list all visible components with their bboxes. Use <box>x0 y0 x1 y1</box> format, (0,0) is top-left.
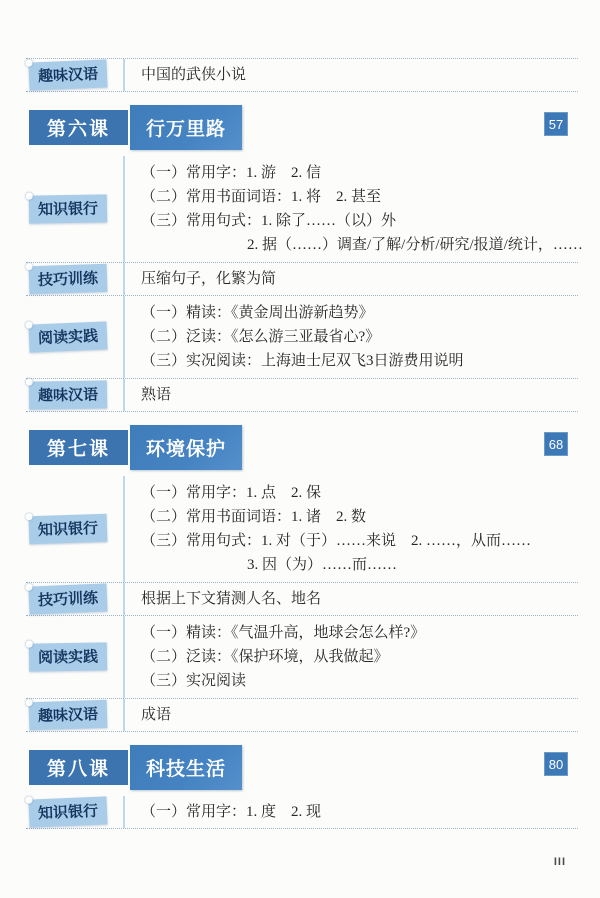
lesson-number-block: 第六课 <box>29 110 128 145</box>
toc-row: 技巧训练压缩句子，化繁为简 <box>26 263 578 296</box>
tag-column: 技巧训练 <box>26 263 123 295</box>
page-content: 趣味汉语中国的武侠小说第六课行万里路57知识银行（一）常用字：1. 游 2. 信… <box>26 58 578 829</box>
entry-column: 熟语 <box>123 379 578 411</box>
toc-entry: （三）实况阅读 <box>141 669 578 693</box>
lesson-number-block: 第八课 <box>29 750 128 785</box>
entry-column: 成语 <box>123 699 578 731</box>
toc-row: 趣味汉语中国的武侠小说 <box>26 58 578 92</box>
entry-column: （一）常用字：1. 游 2. 信（二）常用书面词语：1. 将 2. 甚至（三）常… <box>123 156 583 262</box>
category-tag: 技巧训练 <box>29 264 108 294</box>
toc-entry: 熟语 <box>141 383 578 407</box>
toc-entry: （一）常用字：1. 点 2. 保 <box>141 481 578 505</box>
lesson-title-block: 科技生活 <box>130 745 242 790</box>
toc-entry: （一）常用字：1. 度 2. 现 <box>141 800 578 824</box>
toc-entry: （三）实况阅读：上海迪士尼双飞3日游费用说明 <box>141 349 578 373</box>
tag-column: 趣味汉语 <box>26 699 123 731</box>
toc-row: 知识银行（一）常用字：1. 点 2. 保（二）常用书面词语：1. 诸 2. 数（… <box>26 476 578 583</box>
toc-entry: （一）精读：《黄金周出游新趋势》 <box>141 301 578 325</box>
tag-column: 知识银行 <box>26 476 123 582</box>
tag-column: 知识银行 <box>26 796 123 828</box>
lesson-header: 第七课环境保护68 <box>29 424 578 470</box>
lesson-page-badge: 57 <box>545 113 567 135</box>
tag-column: 趣味汉语 <box>26 59 123 91</box>
lesson-title-block: 环境保护 <box>130 425 242 470</box>
lesson-header: 第八课科技生活80 <box>29 744 578 790</box>
entry-column: （一）精读：《气温升高，地球会怎么样?》（二）泛读：《保护环境，从我做起》（三）… <box>123 616 578 698</box>
category-tag: 阅读实践 <box>28 321 107 352</box>
category-tag: 知识银行 <box>28 796 107 827</box>
toc-entry: （二）常用书面词语：1. 将 2. 甚至 <box>141 185 583 209</box>
lesson-page-badge: 80 <box>545 753 567 775</box>
category-tag: 趣味汉语 <box>29 380 107 409</box>
lesson-header: 第六课行万里路57 <box>29 104 578 150</box>
tag-column: 阅读实践 <box>26 296 123 378</box>
toc-entry: 2. 据（……）调查/了解/分析/研究/报道/统计，…… <box>141 233 583 257</box>
toc-entry: （二）泛读：《怎么游三亚最省心?》 <box>141 325 578 349</box>
entry-column: 中国的武侠小说 <box>123 59 578 91</box>
toc-row: 知识银行（一）常用字：1. 游 2. 信（二）常用书面词语：1. 将 2. 甚至… <box>26 156 578 263</box>
entry-column: （一）常用字：1. 度 2. 现 <box>123 796 578 828</box>
toc-row: 知识银行（一）常用字：1. 度 2. 现 <box>26 796 578 829</box>
category-tag: 阅读实践 <box>29 642 107 671</box>
page-folio: III <box>554 856 566 868</box>
entry-column: （一）精读：《黄金周出游新趋势》（二）泛读：《怎么游三亚最省心?》（三）实况阅读… <box>123 296 578 378</box>
toc-entry: （三）常用句式：1. 除了……（以）外 <box>141 209 583 233</box>
toc-entry: （二）常用书面词语：1. 诸 2. 数 <box>141 505 578 529</box>
toc-entry: 3. 因（为）……而…… <box>141 553 578 577</box>
category-tag: 知识银行 <box>29 514 108 544</box>
toc-entry: （一）常用字：1. 游 2. 信 <box>141 161 583 185</box>
category-tag: 趣味汉语 <box>28 59 107 90</box>
category-tag: 技巧训练 <box>28 583 107 614</box>
toc-row: 趣味汉语熟语 <box>26 379 578 412</box>
lesson-title-block: 行万里路 <box>130 105 242 150</box>
toc-entry: 根据上下文猜测人名、地名 <box>141 587 578 611</box>
toc-entry: 压缩句子，化繁为简 <box>141 267 578 291</box>
toc-entry: （一）精读：《气温升高，地球会怎么样?》 <box>141 621 578 645</box>
tag-column: 趣味汉语 <box>26 379 123 411</box>
category-tag: 知识银行 <box>29 194 107 223</box>
tag-column: 知识银行 <box>26 156 123 262</box>
tag-column: 技巧训练 <box>26 583 123 615</box>
toc-entry: 中国的武侠小说 <box>141 63 578 87</box>
entry-column: 压缩句子，化繁为简 <box>123 263 578 295</box>
toc-row: 阅读实践（一）精读：《气温升高，地球会怎么样?》（二）泛读：《保护环境，从我做起… <box>26 616 578 699</box>
lesson-number-block: 第七课 <box>29 430 128 465</box>
toc-row: 技巧训练根据上下文猜测人名、地名 <box>26 583 578 616</box>
toc-entry: （三）常用句式：1. 对（于）……来说 2. ……，从而…… <box>141 529 578 553</box>
toc-entry: 成语 <box>141 703 578 727</box>
toc-row: 趣味汉语成语 <box>26 699 578 732</box>
toc-row: 阅读实践（一）精读：《黄金周出游新趋势》（二）泛读：《怎么游三亚最省心?》（三）… <box>26 296 578 379</box>
toc-page: 趣味汉语中国的武侠小说第六课行万里路57知识银行（一）常用字：1. 游 2. 信… <box>0 0 600 898</box>
entry-column: （一）常用字：1. 点 2. 保（二）常用书面词语：1. 诸 2. 数（三）常用… <box>123 476 578 582</box>
lesson-page-badge: 68 <box>545 433 567 455</box>
tag-column: 阅读实践 <box>26 616 123 698</box>
toc-entry: （二）泛读：《保护环境，从我做起》 <box>141 645 578 669</box>
entry-column: 根据上下文猜测人名、地名 <box>123 583 578 615</box>
category-tag: 趣味汉语 <box>29 700 108 730</box>
